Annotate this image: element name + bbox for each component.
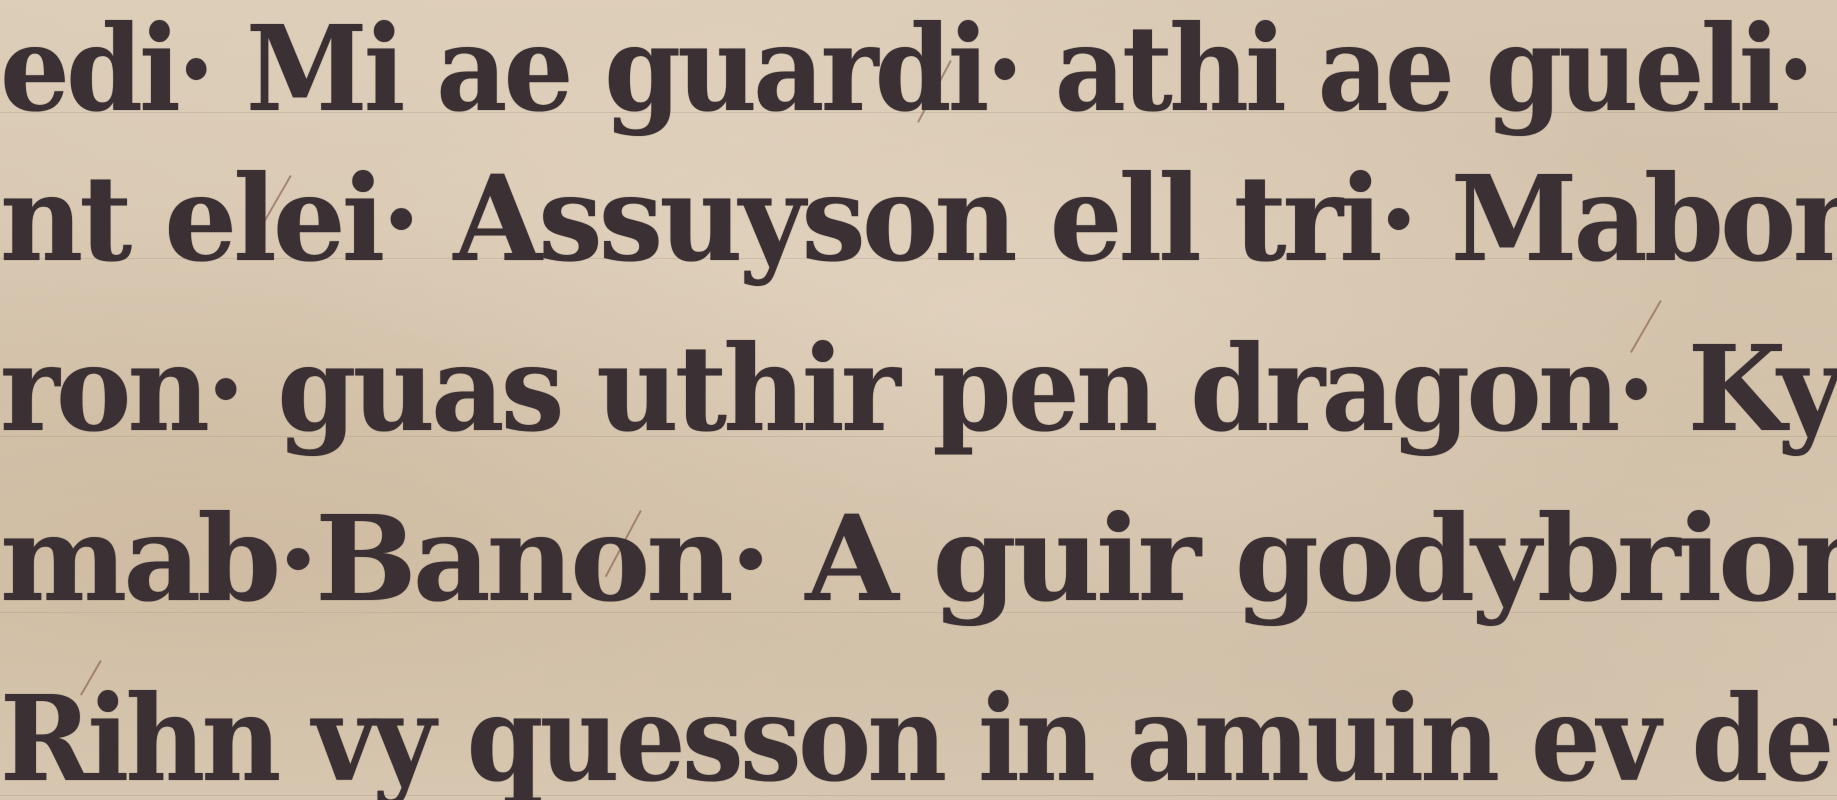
manuscript-line-4: mab·Banon· A guir godybrion· Oet xyxy=(0,500,1837,618)
manuscript-line-5: Rihn vy quesson in amuin ev detvon· xyxy=(0,680,1708,798)
manuscript-line-1: edi· Mi ae guardi· athi ae gueli· Vyrthn… xyxy=(0,10,1708,128)
manuscript-text-block: edi· Mi ae guardi· athi ae gueli· Vyrthn… xyxy=(0,0,1837,800)
manuscript-line-2: nt elei· Assuyson ell tri· Mabon am myd xyxy=(0,160,1782,278)
manuscript-line-3: ron· guas uthir pen dragon· Kysceint· xyxy=(0,330,1764,448)
